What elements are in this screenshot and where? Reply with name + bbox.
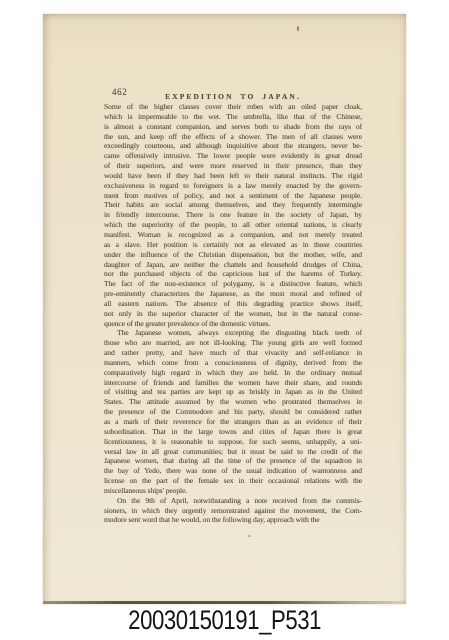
screenshot-canvas: 462 EXPEDITION TO JAPAN. Some of the hig… [0, 0, 449, 640]
scanned-book-page: 462 EXPEDITION TO JAPAN. Some of the hig… [43, 14, 406, 604]
text-line: exclusiveness in regard to foreigners is… [104, 181, 362, 191]
text-line: versal law in all great communities; but… [104, 447, 362, 457]
text-line: quence of the greater prevalence of the … [104, 319, 362, 329]
text-line: all eastern nations. The absence of this… [104, 299, 362, 309]
text-line: pre-eminently characterizes the Japanese… [104, 289, 362, 299]
text-line: is almost a constant companion, and serv… [104, 122, 362, 132]
text-line: Some of the higher classes cover their r… [104, 102, 362, 112]
text-line: under the influence of the Christian dis… [104, 250, 362, 260]
text-line: of visiting and tea parties are kept up … [104, 387, 362, 397]
text-line: comparatively high regard in which they … [104, 368, 362, 378]
text-line: came offensively intrusive. The lower pe… [104, 151, 362, 161]
text-line: those who are married, are not ill-looki… [104, 338, 362, 348]
text-line: which is impermeable to the wet. The umb… [104, 112, 362, 122]
text-line: of their superiors, and were more reserv… [104, 161, 362, 171]
text-line: The fact of the non-existence of polygam… [104, 279, 362, 289]
text-line: as a slave. Her position is certainly no… [104, 240, 362, 250]
text-line: Japanese women, that during all the time… [104, 456, 362, 466]
catalog-id-label: 20030150191_P531 [0, 605, 449, 640]
text-line: as a mark of their reverence for the str… [104, 417, 362, 427]
text-line: States. The attitude assumed by the wome… [104, 397, 362, 407]
text-line: manners, which come from a consciousness… [104, 358, 362, 368]
text-line: exceedingly courteous, and although inqu… [104, 141, 362, 151]
text-line: manifest. Woman is recognized as a compa… [104, 230, 362, 240]
scan-speck [248, 535, 251, 537]
text-line: ment from motives of policy, and not a s… [104, 191, 362, 201]
text-line: intercourse of friends and families the … [104, 378, 362, 388]
text-line: The Japanese women, always excepting the… [104, 328, 362, 338]
text-line: sioners, in which they urgently remonstr… [104, 506, 362, 516]
text-line: would have been if they had been left to… [104, 171, 362, 181]
text-line: not only in the superior character of th… [104, 309, 362, 319]
text-line: daughter of Japan, are neither the chatt… [104, 260, 362, 270]
catalog-id-text: 20030150191_P531 [128, 605, 321, 636]
page-body-text: Some of the higher classes cover their r… [104, 102, 362, 525]
scan-speck [297, 26, 300, 31]
page-number: 462 [112, 87, 127, 97]
text-line: Their habits are social among themselves… [104, 200, 362, 210]
text-line: On the 9th of April, notwithstanding a n… [104, 496, 362, 506]
text-line: license on the part of the female sex in… [104, 476, 362, 486]
text-line: miscellaneous ships' people. [104, 486, 362, 496]
text-line: the sun, and keep off the effects of a s… [104, 132, 362, 142]
text-line: the presence of the Commodore and his pa… [104, 407, 362, 417]
text-line: nor the purchased objects of the caprici… [104, 269, 362, 279]
text-line: licentiousness, it is reasonable to supp… [104, 437, 362, 447]
text-line: and rather pretty, and have much of that… [104, 348, 362, 358]
text-line: in friendly intercourse. There is one fe… [104, 210, 362, 220]
text-line: the bay of Yedo, there was none of the u… [104, 466, 362, 476]
text-line: subordination. That in the large towns a… [104, 427, 362, 437]
text-line: modore sent word that he would, on the f… [104, 515, 362, 525]
running-title: EXPEDITION TO JAPAN. [165, 92, 301, 101]
text-line: which the superiority of the people, to … [104, 220, 362, 230]
